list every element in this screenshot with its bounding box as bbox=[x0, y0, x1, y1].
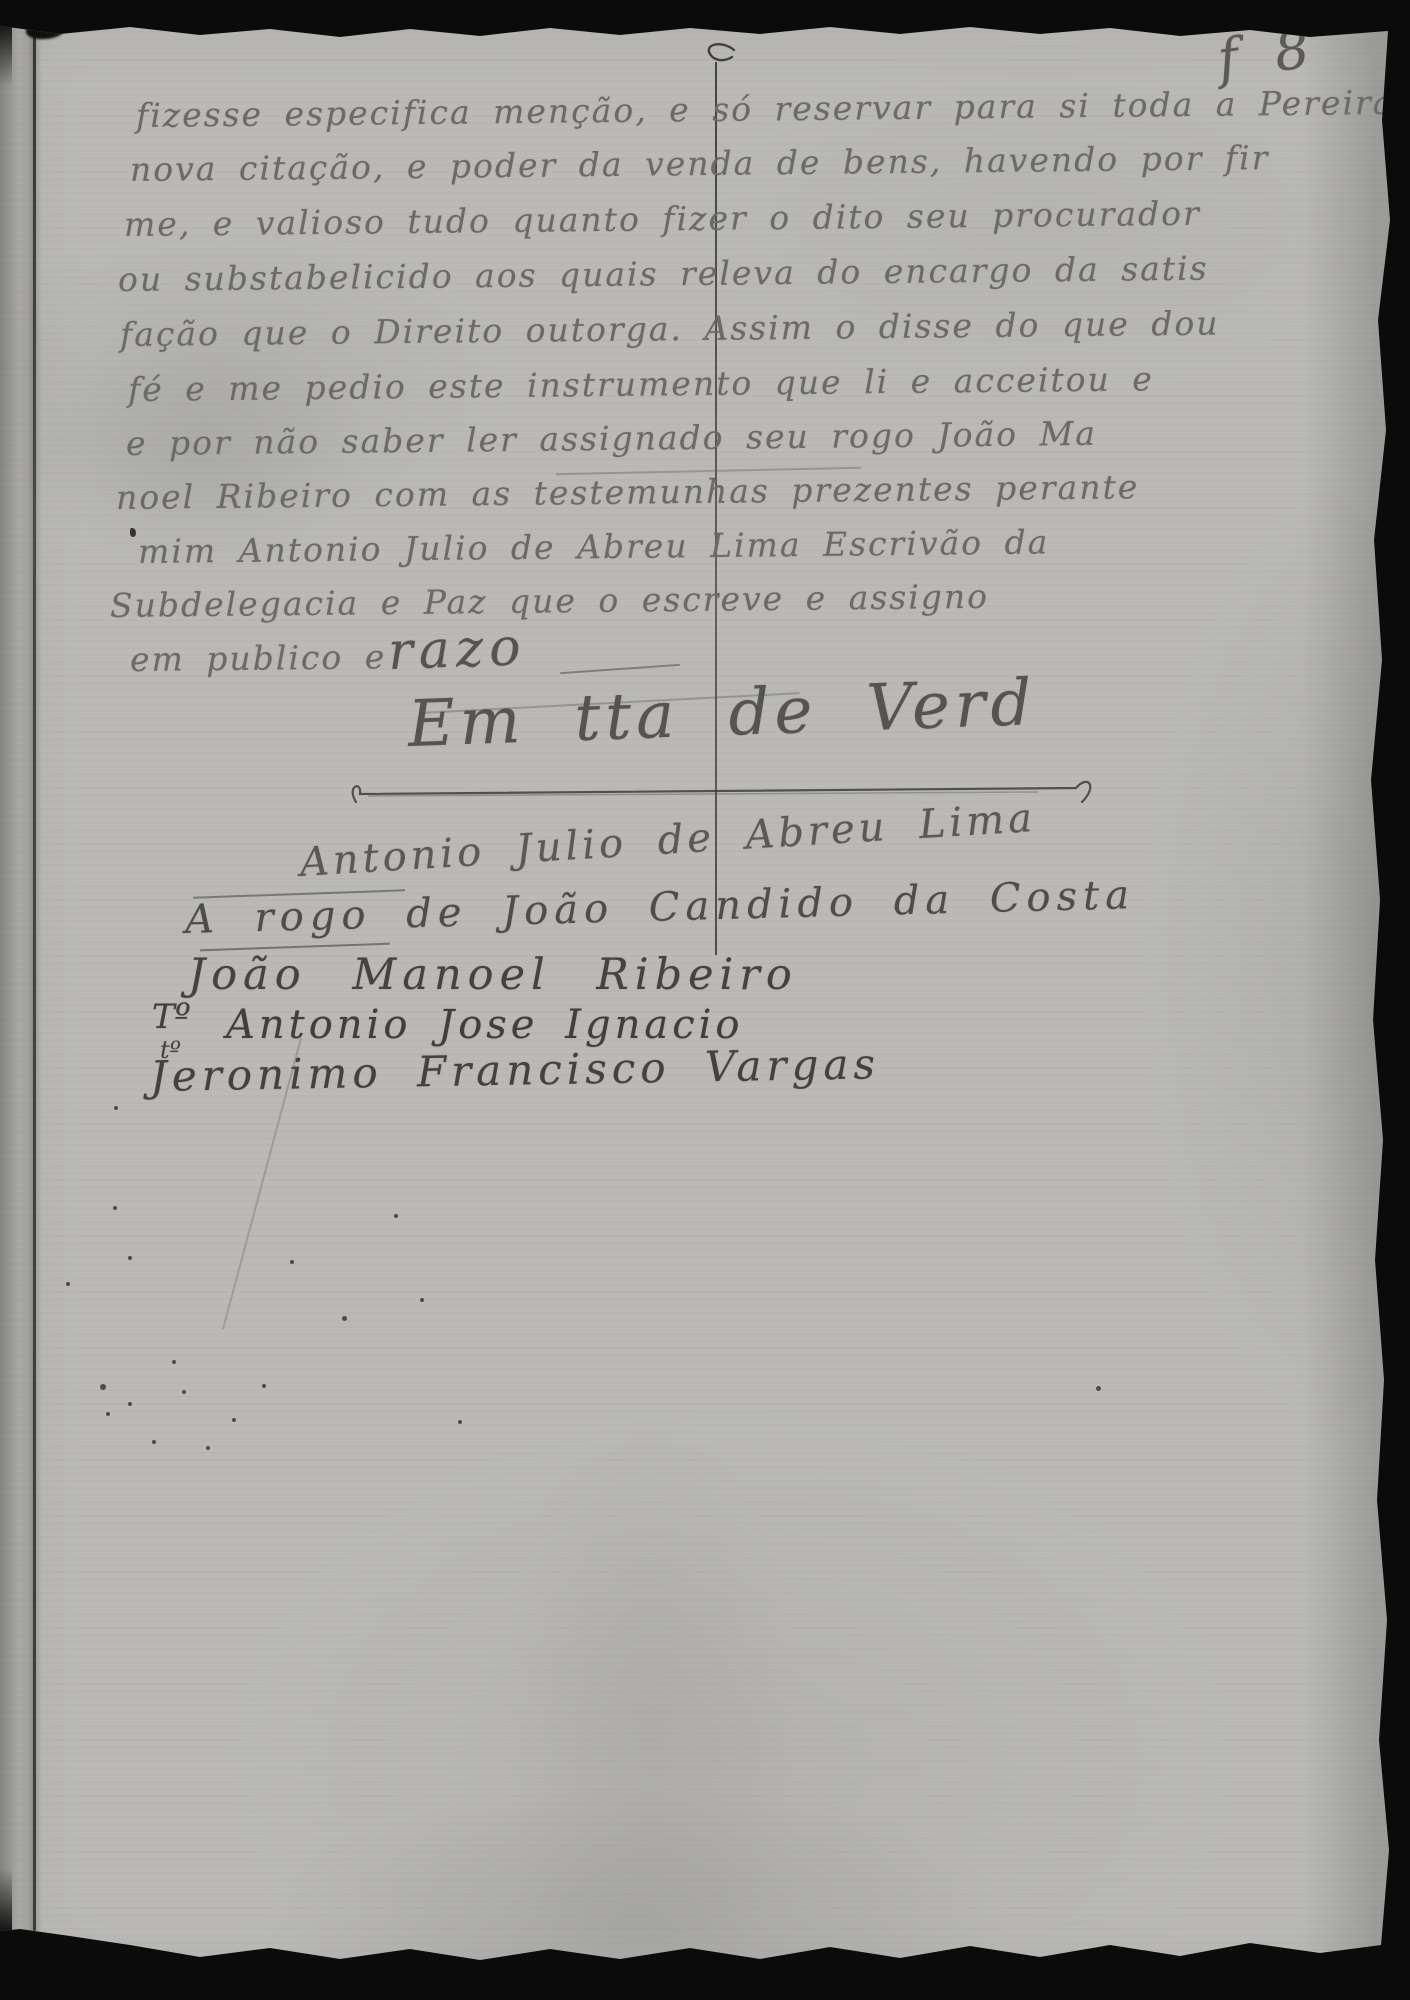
binding-crease-line bbox=[33, 26, 36, 1931]
paper-speck bbox=[262, 1384, 266, 1388]
paper-speck bbox=[394, 1214, 398, 1218]
body-line: Subdelegacia e Paz que o escreve e assig… bbox=[110, 577, 989, 625]
paper-speck bbox=[106, 1412, 110, 1416]
paper-speck bbox=[342, 1316, 347, 1321]
paper-speck bbox=[128, 1256, 132, 1260]
top-left-ink-blot bbox=[25, 21, 64, 41]
folio-number: f 8 bbox=[1214, 16, 1322, 91]
signature-witness-1: Antonio Jose Ignacio bbox=[226, 1002, 743, 1048]
body-line: fação que o Direito outorga. Assim o dis… bbox=[120, 303, 1220, 354]
witness-abbreviation: Tº bbox=[152, 997, 191, 1037]
top-left-edge-streak bbox=[0, 24, 12, 86]
notary-rubric-flourish: razo bbox=[387, 617, 528, 682]
closing-heading: Em tta de Verd bbox=[407, 666, 1038, 762]
paper-speck bbox=[100, 1384, 106, 1390]
margin-ink-mark bbox=[130, 528, 136, 537]
paper-speck bbox=[114, 1106, 118, 1110]
paper-speck bbox=[420, 1298, 424, 1302]
body-line: e por não saber ler assignado seu rogo J… bbox=[126, 414, 1097, 463]
manuscript-scan: f 8 fizesse especifica menção, e só rese… bbox=[0, 0, 1410, 2000]
signature-party: João Manoel Ribeiro bbox=[188, 950, 798, 1000]
paper-speck bbox=[206, 1446, 210, 1450]
paper-speck bbox=[172, 1360, 176, 1364]
body-line: noel Ribeiro com as testemunhas prezente… bbox=[116, 467, 1140, 517]
body-line: fé e me pedio este instrumento que li e … bbox=[128, 359, 1154, 409]
paper-speck bbox=[1096, 1386, 1101, 1391]
bottom-left-edge-streak bbox=[0, 1868, 12, 1932]
right-edge-shade bbox=[1300, 26, 1390, 1951]
paper-speck bbox=[128, 1402, 132, 1406]
paper-speck bbox=[232, 1418, 236, 1422]
body-line: em publico e bbox=[130, 637, 387, 679]
body-line: me, e valioso tudo quanto fizer o dito s… bbox=[124, 194, 1201, 244]
manuscript-page: f 8 fizesse especifica menção, e só rese… bbox=[0, 0, 1410, 2000]
paper-speck bbox=[152, 1440, 156, 1444]
rubric-trailing-dash bbox=[560, 664, 680, 674]
body-line: nova citação, e poder da venda de bens, … bbox=[130, 138, 1270, 189]
paper-speck bbox=[66, 1282, 70, 1286]
paper-speck bbox=[458, 1420, 462, 1424]
body-line: fizesse especifica menção, e só reservar… bbox=[136, 83, 1395, 135]
body-line: ou substabelicido aos quais releva do en… bbox=[118, 249, 1209, 299]
body-line: mim Antonio Julio de Abreu Lima Escrivão… bbox=[138, 522, 1050, 571]
vertical-rule-hook-flourish bbox=[694, 42, 740, 72]
paper-speck bbox=[290, 1260, 294, 1264]
paper-speck bbox=[113, 1206, 117, 1210]
paper-speck bbox=[182, 1390, 186, 1394]
signature-witness-2: Jeronimo Francisco Vargas bbox=[150, 1039, 881, 1101]
